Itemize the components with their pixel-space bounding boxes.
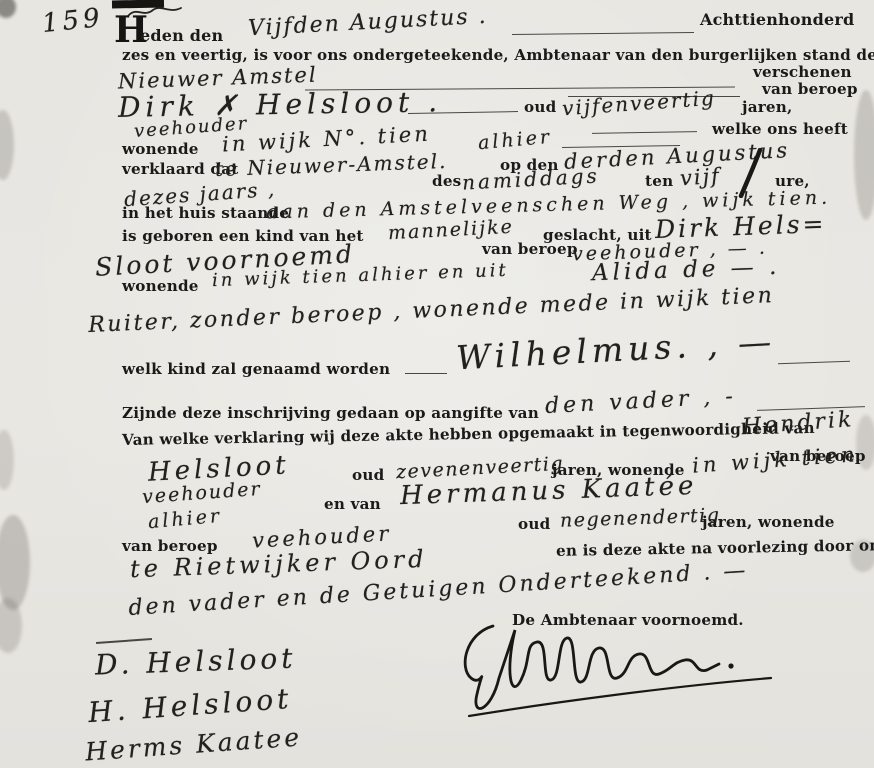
printed-line2: zes en veertig, is voor ons ondergeteeke… — [122, 46, 874, 64]
printed-van-beroep-2: van beroep — [482, 240, 578, 258]
hw-getuige1-voornaam: Hendrik — [741, 407, 855, 440]
blank-rule — [778, 361, 850, 365]
printed-des: des — [432, 172, 461, 190]
scan-smudge — [0, 515, 30, 610]
printed-wonende: wonende — [122, 140, 199, 158]
hw-uur: vijf — [679, 164, 721, 191]
printed-welke-ons-heeft: welke ons heeft — [712, 120, 848, 138]
scan-smudge — [0, 110, 14, 180]
hw-getuige1-alhier: alhier — [147, 505, 223, 533]
signature-flourish — [96, 638, 152, 644]
signature-getuige2: Herms Kaatee — [84, 722, 303, 766]
signature-vader: D. Helsloot — [94, 641, 297, 681]
hw-aangever: den vader , - — [544, 384, 737, 419]
printed-heden-den: eden den — [140, 26, 223, 45]
birth-record-scan: 159 Achttienhonderd H eden den Vijfden A… — [0, 0, 874, 768]
blank-rule — [405, 373, 447, 374]
hw-moeder-naam-1: Alida de — . — [592, 254, 781, 287]
printed-welk-kind: welk kind zal genaamd worden — [122, 360, 390, 378]
printed-en-van: en van — [324, 495, 381, 513]
registrar-signature — [455, 620, 785, 722]
printed-oud: oud — [524, 98, 556, 116]
scan-smudge — [854, 90, 874, 220]
hw-dagdeel: namiddags — [461, 163, 600, 194]
hw-date: Vijfden Augustus . — [248, 4, 489, 42]
printed-wonende-2: wonende — [122, 277, 199, 295]
printed-van-welke: Van welke verklaring wij deze akte hebbe… — [122, 419, 815, 449]
scan-smudge — [0, 430, 14, 490]
hw-alhier: alhier — [477, 126, 553, 154]
printed-jaren: jaren, — [742, 98, 793, 116]
blank-rule — [512, 32, 694, 35]
printed-in-het-huis: in het huis staande — [122, 204, 289, 222]
printed-van-beroep: van beroep — [762, 80, 858, 98]
printed-zijnde: Zijnde deze inschrijving gedaan op aangi… — [122, 404, 539, 422]
printed-ten: ten — [645, 172, 673, 190]
hw-declarant-age: vijfenveertig — [561, 86, 716, 121]
printed-en-is: en is deze akte na voorlezing door ons — [556, 536, 874, 560]
printed-jaren-wonende-2: jaren, wonende — [702, 513, 835, 531]
record-number: 159 — [41, 3, 105, 39]
year-word: Achttienhonderd — [700, 10, 854, 29]
blank-rule — [592, 131, 697, 134]
hw-getuige2-leeftijd: negenendertig — [560, 504, 721, 532]
hw-getuige1-wijk: in wijk tien — [691, 442, 859, 478]
printed-oud-2: oud — [352, 466, 384, 484]
hw-kind-naam: Wilhelmus. , — — [455, 322, 777, 378]
signature-getuige1: H. Helsloot — [87, 682, 293, 729]
printed-verschenen: verschenen — [753, 63, 852, 81]
printed-oud-3: oud — [518, 515, 550, 533]
scan-smudge — [0, 0, 16, 18]
